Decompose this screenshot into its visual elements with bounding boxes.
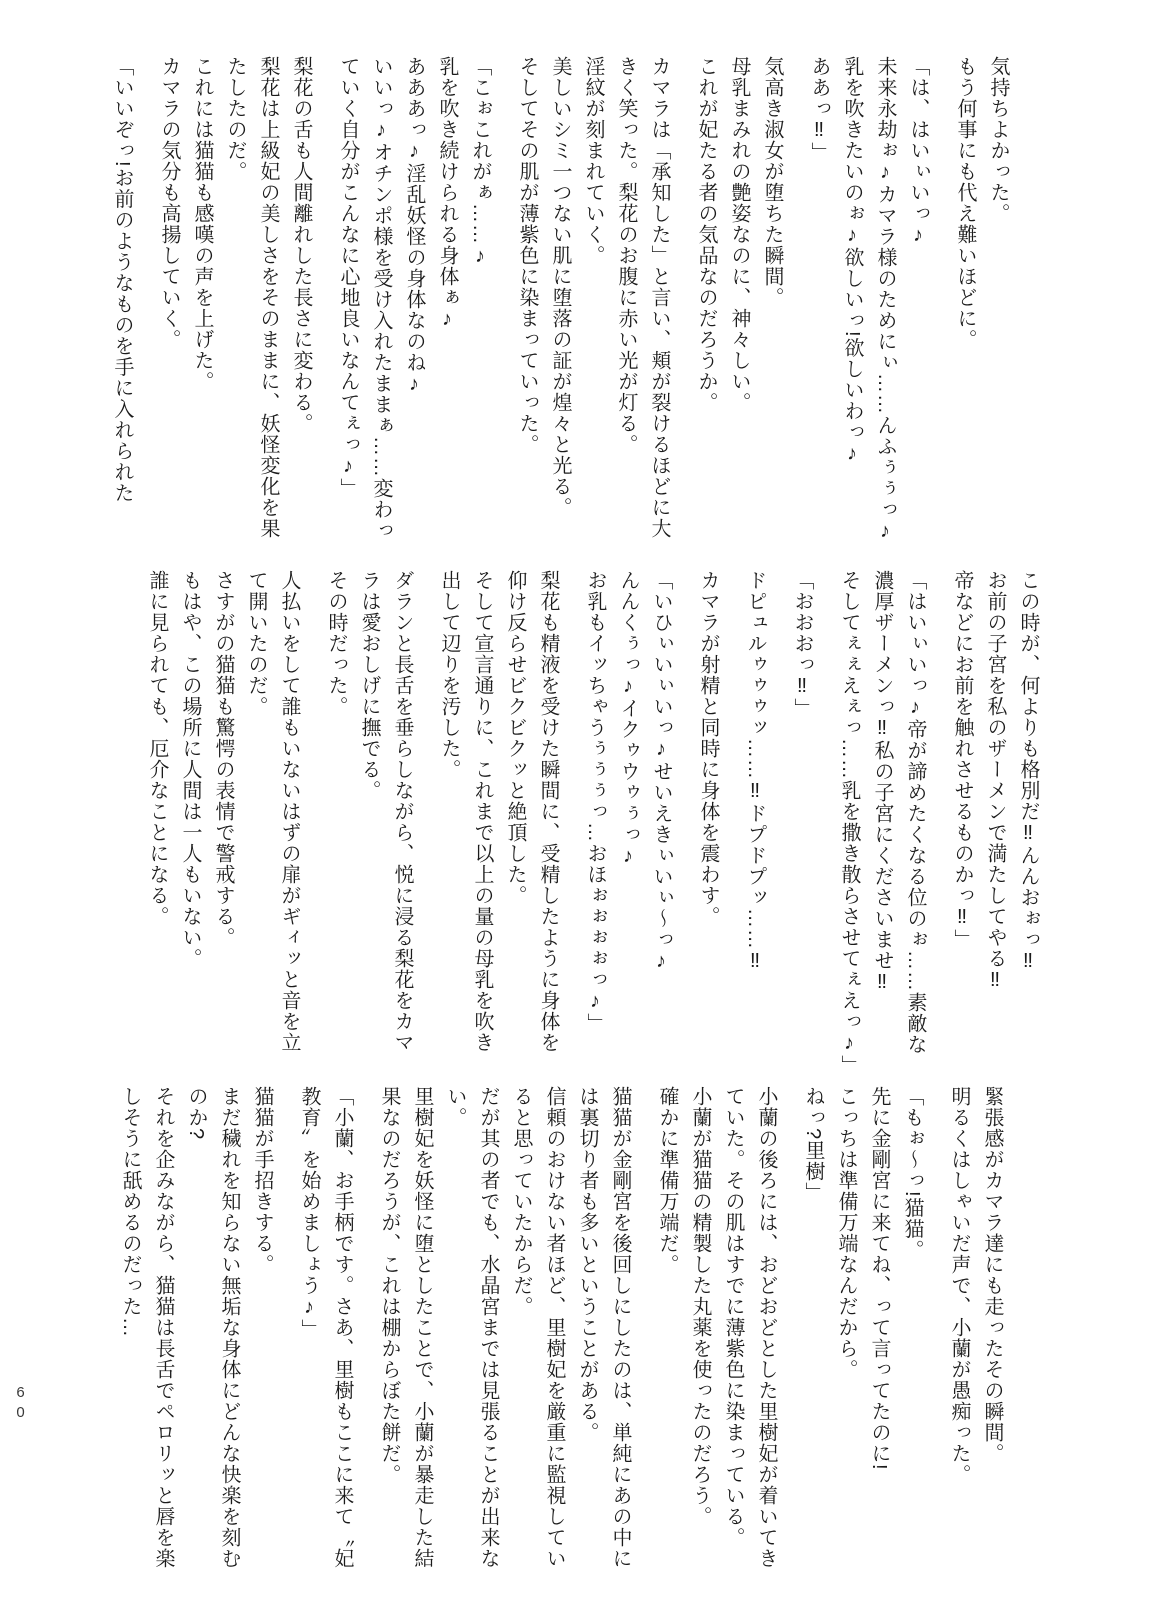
paragraph-group: 人払いをして誰もいないはずの扉がギィッと音を立て開いたのだ。さすがの猫猫も驚愕の… — [140, 570, 305, 1040]
text-line: ああっ‼」 — [802, 56, 835, 540]
paragraph-group: 「こぉこれがぁ……♪乳を吹き続けられる身体ぁ♪あああっ♪淫乱妖怪の身体なのね♪い… — [331, 56, 496, 540]
paragraph-group: この時が、何よりも格別だ‼んんおぉっ‼お前の子宮を私のザーメンで満たしてやる‼帝… — [945, 570, 1044, 1040]
text-line: 気高き淑女が堕ちた瞬間。 — [755, 56, 788, 540]
text-line: 「はいぃいっ♪帝が諦めたくなる位のぉ……素敵な — [898, 570, 931, 1040]
text-line: カマラは「承知した」と言い、頬が裂けるほどに大 — [642, 56, 675, 540]
text-line: 「いひぃいぃいっ♪せいえきぃいぃ〜っ♪ — [644, 570, 677, 1040]
paragraph-group: ダランと長舌を垂らしながら、悦に浸る梨花をカマラは愛おしげに撫でる。その時だった… — [319, 570, 418, 1040]
text-line: 明るくはしゃいだ声で、小蘭が愚痴った。 — [942, 1086, 975, 1578]
text-line: 梨花は上級妃の美しさをそのままに、妖怪変化を果 — [251, 56, 284, 540]
text-line: は裏切り者も多いということがある。 — [570, 1086, 603, 1578]
text-line: お乳もイッちゃうぅぅぅっ…おほぉぉぉぉっ♪」 — [578, 570, 611, 1040]
text-line: 人払いをして誰もいないはずの扉がギィッと音を立 — [272, 570, 305, 1040]
text-line: その時だった。 — [319, 570, 352, 1040]
paragraph-group: 「は、はいぃいっ♪未来永劫ぉ♪カマラ様のためにぃ……んふぅぅっ♪乳を吹きたいのぉ… — [802, 56, 934, 540]
text-line: 「いいぞっ!お前のようなものを手に入れられた — [105, 56, 138, 540]
text-line: こっちは準備万端なんだから。 — [829, 1086, 862, 1578]
paragraph-group: 「はいぃいっ♪帝が諦めたくなる位のぉ……素敵な濃厚ザーメンっ‼私の子宮にください… — [832, 570, 931, 1040]
text-line: 気持ちよかった。 — [981, 56, 1014, 540]
paragraph-group: 猫猫が手招きする。まだ穢れを知らない無垢な身体にどんな快楽を刻むのか?それを企み… — [113, 1086, 278, 1578]
text-line: 乳を吹き続けられる身体ぁ♪ — [430, 56, 463, 540]
text-band-bottom: 緊張感がカマラ達にも走ったその瞬間。明るくはしゃいだ声で、小蘭が愚痴った。「もぉ… — [113, 1086, 1008, 1578]
text-line: 誰に見られても、厄介なことになる。 — [140, 570, 173, 1040]
text-line: 小蘭が猫猫の精製した丸薬を使ったのだろう。 — [683, 1086, 716, 1578]
text-line: のか? — [179, 1086, 212, 1578]
text-line: 未来永劫ぉ♪カマラ様のためにぃ……んふぅぅっ♪ — [868, 56, 901, 540]
text-line: ていく自分がこんなに心地良いなんてぇっ♪」 — [331, 56, 364, 540]
text-line: 猫猫が金剛宮を後回しにしたのは、単純にあの中に — [603, 1086, 636, 1578]
paragraph-group: 緊張感がカマラ達にも走ったその瞬間。明るくはしゃいだ声で、小蘭が愚痴った。 — [942, 1086, 1008, 1578]
text-line: あああっ♪淫乱妖怪の身体なのね♪ — [397, 56, 430, 540]
text-line: もう何事にも代え難いほどに。 — [948, 56, 981, 540]
text-line: 美しいシミ一つない肌に堕落の証が煌々と光る。 — [543, 56, 576, 540]
text-band-top: 気持ちよかった。もう何事にも代え難いほどに。「は、はいぃいっ♪未来永劫ぉ♪カマラ… — [105, 56, 1014, 540]
text-line: 淫紋が刻まれていく。 — [576, 56, 609, 540]
text-line: これには猫猫も感嘆の声を上げた。 — [185, 56, 218, 540]
text-line: 「は、はいぃいっ♪ — [901, 56, 934, 540]
text-line: 出して辺りを汚した。 — [432, 570, 465, 1040]
text-line: 確かに準備万端だ。 — [650, 1086, 683, 1578]
text-line: 帝などにお前を触れさせるものかっ‼」 — [945, 570, 978, 1040]
paragraph-group: 「小蘭、お手柄です。さあ、里樹もここに来て〝妃教育〟を始めましょう♪」 — [292, 1086, 358, 1578]
text-line: カマラが射精と同時に身体を震わす。 — [691, 570, 724, 1040]
text-line: まだ穢れを知らない無垢な身体にどんな快楽を刻む — [212, 1086, 245, 1578]
text-line: きく笑った。梨花のお腹に赤い光が灯る。 — [609, 56, 642, 540]
text-line: お前の子宮を私のザーメンで満たしてやる‼ — [978, 570, 1011, 1040]
text-line: 乳を吹きたいのぉ♪欲しいっ!欲しいわっ♪ — [835, 56, 868, 540]
text-line: たしたのだ。 — [218, 56, 251, 540]
text-line: しそうに舐めるのだった… — [113, 1086, 146, 1578]
text-line: だが其の者でも、水晶宮までは見張ることが出来な — [471, 1086, 504, 1578]
text-line: 濃厚ザーメンっ‼私の子宮にくださいませ‼ — [865, 570, 898, 1040]
text-line: ドピュルゥゥゥッ……‼ドプドプッ……‼ — [738, 570, 771, 1040]
text-line: この時が、何よりも格別だ‼んんおぉっ‼ — [1011, 570, 1044, 1040]
text-line: これが妃たる者の気品なのだろうか。 — [689, 56, 722, 540]
text-line: 「もぉ〜っ!猫猫。 — [895, 1086, 928, 1578]
text-line: 猫猫が手招きする。 — [245, 1086, 278, 1578]
text-line: い。 — [438, 1086, 471, 1578]
text-line: 緊張感がカマラ達にも走ったその瞬間。 — [975, 1086, 1008, 1578]
text-line: 「こぉこれがぁ……♪ — [463, 56, 496, 540]
text-line: 小蘭の後ろには、おどおどとした里樹妃が着いてき — [749, 1086, 782, 1578]
text-line: 「小蘭、お手柄です。さあ、里樹もここに来て〝妃 — [325, 1086, 358, 1578]
text-line: ラは愛おしげに撫でる。 — [352, 570, 385, 1040]
paragraph-group: 梨花も精液を受けた瞬間に、受精したように身体を仰け反らせビクビクッと絶頂した。そ… — [432, 570, 564, 1040]
text-line: ていた。その肌はすでに薄紫色に染まっている。 — [716, 1086, 749, 1578]
text-line: 梨花の舌も人間離れした長さに変わる。 — [284, 56, 317, 540]
paragraph-group: 「いいぞっ!お前のようなものを手に入れられた — [105, 56, 138, 540]
text-line: さすがの猫猫も驚愕の表情で警戒する。 — [206, 570, 239, 1040]
text-line: ねっ?里樹」 — [796, 1086, 829, 1578]
paragraph-group: 気高き淑女が堕ちた瞬間。母乳まみれの艶姿なのに、神々しい。これが妃たる者の気品な… — [689, 56, 788, 540]
text-line: カマラの気分も高揚していく。 — [152, 56, 185, 540]
text-line: いいっ♪オチンポ様を受け入れたままぁ……変わっ — [364, 56, 397, 540]
text-line: ると思っていたからだ。 — [504, 1086, 537, 1578]
paragraph-group: 気持ちよかった。もう何事にも代え難いほどに。 — [948, 56, 1014, 540]
paragraph-group: 「もぉ〜っ!猫猫。先に金剛宮に来てね、って言ってたのに!こっちは準備万端なんだか… — [796, 1086, 928, 1578]
text-line: ダランと長舌を垂らしながら、悦に浸る梨花をカマ — [385, 570, 418, 1040]
paragraph-group: カマラは「承知した」と言い、頬が裂けるほどに大きく笑った。梨花のお腹に赤い光が灯… — [510, 56, 675, 540]
paragraph-group: ドピュルゥゥゥッ……‼ドプドプッ……‼ — [738, 570, 771, 1040]
text-line: そして宣言通りに、これまで以上の量の母乳を吹き — [465, 570, 498, 1040]
paragraph-group: カマラが射精と同時に身体を震わす。 — [691, 570, 724, 1040]
text-line: 果なのだろうが、これは棚からぼた餅だ。 — [372, 1086, 405, 1578]
paragraph-group: 梨花の舌も人間離れした長さに変わる。梨花は上級妃の美しさをそのままに、妖怪変化を… — [152, 56, 317, 540]
paragraph-group: 「いひぃいぃいっ♪せいえきぃいぃ〜っ♪んんくぅっ♪イクゥウゥぅっ♪お乳もイッちゃ… — [578, 570, 677, 1040]
text-line: 仰け反らせビクビクッと絶頂した。 — [498, 570, 531, 1040]
text-line: それを企みながら、猫猫は長舌でペロリッと唇を楽 — [146, 1086, 179, 1578]
text-line: もはや、この場所に人間は一人もいない。 — [173, 570, 206, 1040]
text-line: 母乳まみれの艶姿なのに、神々しい。 — [722, 56, 755, 540]
text-line: そしてその肌が薄紫色に染まっていった。 — [510, 56, 543, 540]
text-band-middle: この時が、何よりも格別だ‼んんおぉっ‼お前の子宮を私のザーメンで満たしてやる‼帝… — [140, 570, 1044, 1040]
text-line: 教育〟を始めましょう♪」 — [292, 1086, 325, 1578]
page-number: 60 — [12, 1384, 29, 1424]
text-line: そしてぇぇえぇっ……乳を撒き散らさせてぇえっ♪」 — [832, 570, 865, 1040]
novel-page: 気持ちよかった。もう何事にも代え難いほどに。「は、はいぃいっ♪未来永劫ぉ♪カマラ… — [0, 0, 1150, 1624]
paragraph-group: 「おおおっ‼」 — [785, 570, 818, 1040]
text-line: 信頼のおけない者ほど、里樹妃を厳重に監視してい — [537, 1086, 570, 1578]
paragraph-group: 小蘭の後ろには、おどおどとした里樹妃が着いてきていた。その肌はすでに薄紫色に染ま… — [650, 1086, 782, 1578]
paragraph-group: 猫猫が金剛宮を後回しにしたのは、単純にあの中には裏切り者も多いということがある。… — [372, 1086, 636, 1578]
text-line: 先に金剛宮に来てね、って言ってたのに! — [862, 1086, 895, 1578]
text-line: 「おおおっ‼」 — [785, 570, 818, 1040]
text-line: んんくぅっ♪イクゥウゥぅっ♪ — [611, 570, 644, 1040]
text-line: 梨花も精液を受けた瞬間に、受精したように身体を — [531, 570, 564, 1040]
text-line: て開いたのだ。 — [239, 570, 272, 1040]
text-line: 里樹妃を妖怪に堕としたことで、小蘭が暴走した結 — [405, 1086, 438, 1578]
